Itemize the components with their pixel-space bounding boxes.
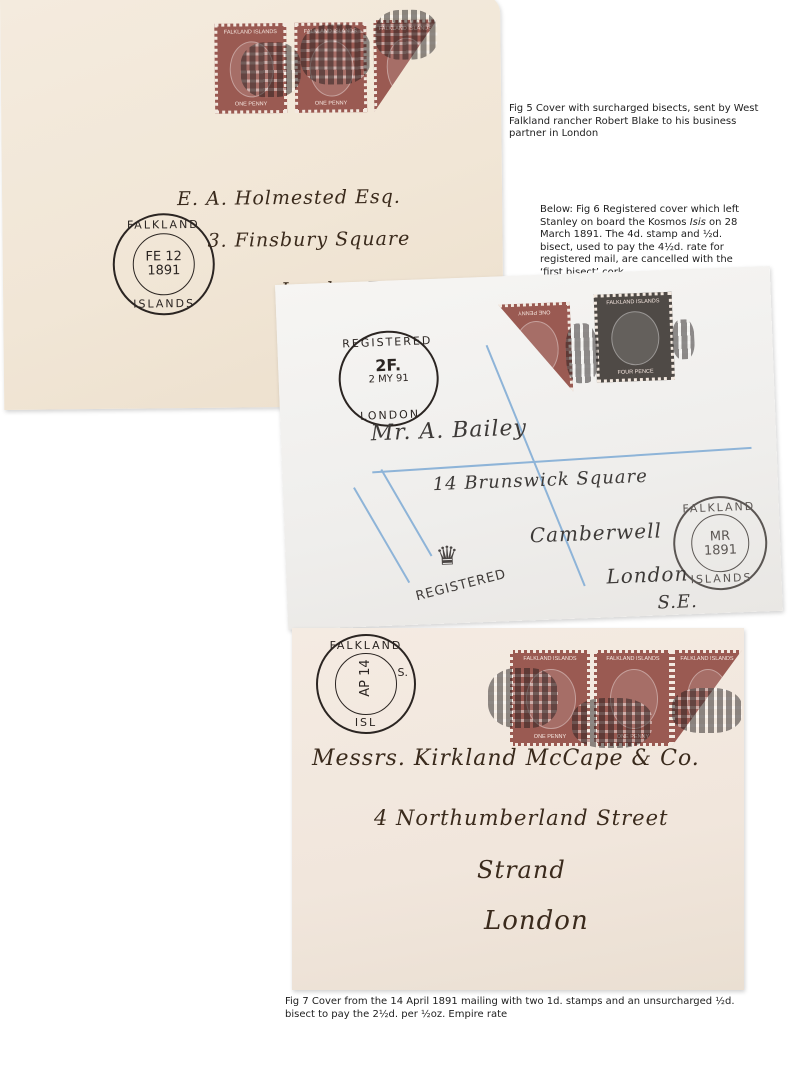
fig7-address-line-2: 4 Northumberland Street: [374, 806, 668, 830]
cork-cancel-icon: [572, 698, 652, 748]
crown-icon: ♛: [435, 540, 459, 572]
cork-cancel-icon: [240, 42, 301, 98]
fig6-cover: ONE PENNY FALKLAND ISLANDS FOUR PENCE RE…: [275, 266, 783, 630]
fig7-cover: FALKLAND AP 14 S. ISL FALKLAND ISLANDS O…: [292, 628, 744, 990]
queen-portrait-icon: [513, 320, 559, 377]
fig6-address-line-3: Camberwell: [529, 518, 662, 547]
registered-handstamp: REGISTERED: [414, 567, 508, 604]
fig6-address-line-2: 14 Brunswick Square: [432, 466, 648, 495]
queen-portrait-icon: [610, 310, 660, 366]
fig7-address-line-1: Messrs. Kirkland McCape & Co.: [312, 746, 700, 771]
fig7-caption: Fig 7 Cover from the 14 April 1891 maili…: [285, 996, 755, 1021]
fig7-address-line-4: London: [484, 906, 589, 936]
fig6-stamp-four-pence: FALKLAND ISLANDS FOUR PENCE: [594, 292, 675, 383]
fig7-address-line-3: Strand: [477, 856, 566, 884]
fig6-address-line-1: Mr. A. Bailey: [370, 415, 527, 446]
fig5-falkland-postmark: FALKLAND FE 12 1891 ISLANDS: [112, 213, 215, 316]
cork-cancel-icon: [300, 24, 371, 85]
fig6-registered-postmark: REGISTERED 2F. 2 MY 91 LONDON: [337, 329, 441, 429]
fig5-address-line-2: 3. Finsbury Square: [207, 228, 410, 252]
cork-cancel-icon: [375, 9, 438, 60]
cork-cancel-icon: [565, 323, 599, 384]
cork-cancel-icon: [488, 668, 558, 728]
fig6-stamp-bisect: ONE PENNY: [498, 302, 573, 395]
fig5-caption: Fig 5 Cover with surcharged bisects, sen…: [509, 103, 769, 141]
fig6-address-line-5: S.E.: [657, 591, 698, 614]
blue-crayon-line: [380, 469, 432, 556]
fig6-address-line-4: London: [606, 561, 689, 588]
fig5-address-line-1: E. A. Holmested Esq.: [177, 186, 401, 210]
fig7-falkland-postmark: FALKLAND AP 14 S. ISL: [316, 634, 416, 734]
cork-cancel-icon: [672, 688, 742, 733]
cork-cancel-icon: [672, 319, 696, 360]
